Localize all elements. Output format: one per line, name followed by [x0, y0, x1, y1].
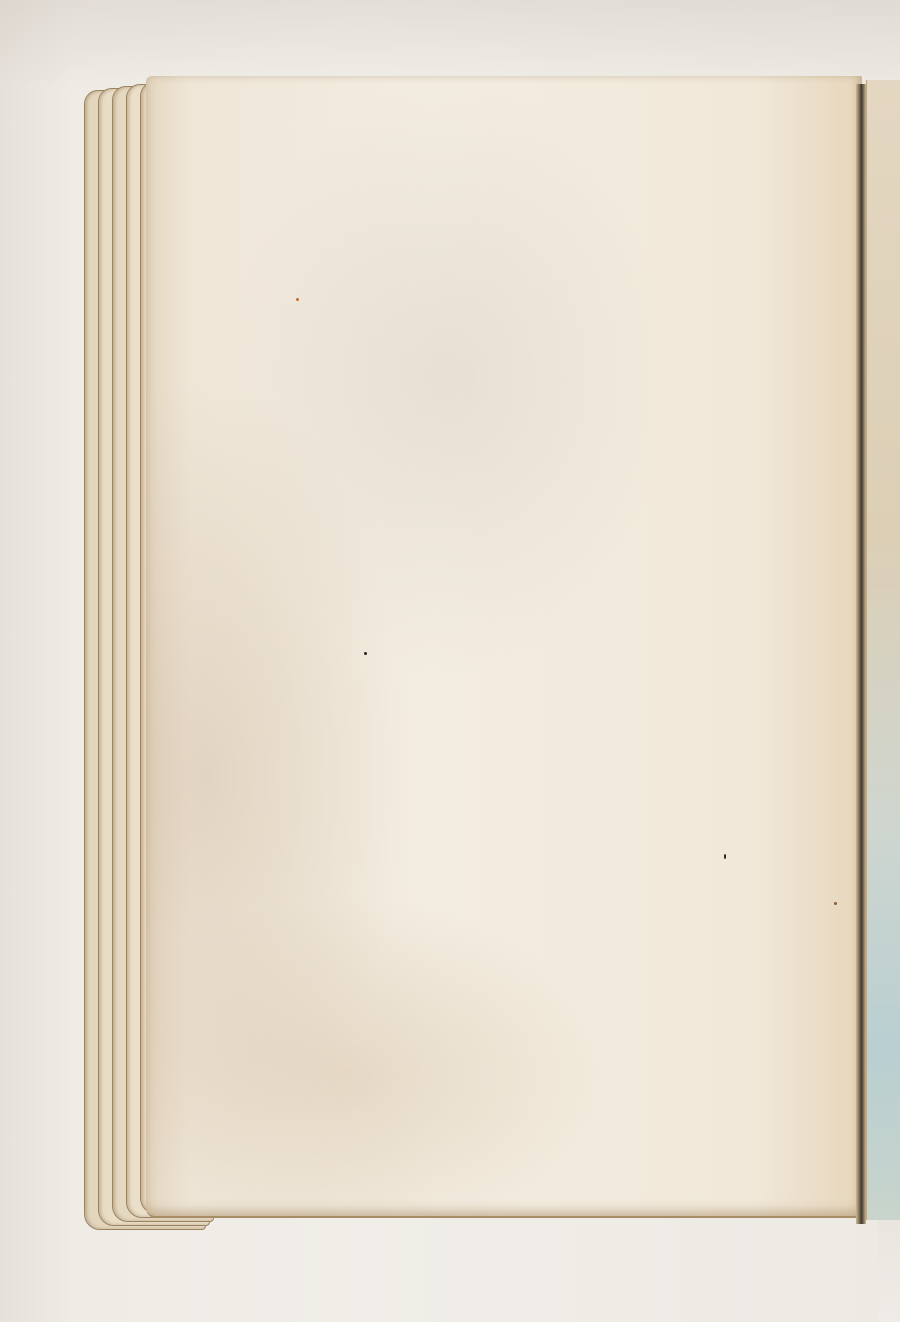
ink-speck	[364, 652, 367, 655]
facing-page-shadow	[878, 1220, 900, 1322]
facing-page-edge	[866, 80, 900, 1220]
ink-speck	[834, 902, 837, 905]
book-gutter	[856, 84, 866, 1224]
ink-speck	[724, 854, 726, 859]
ink-speck	[296, 298, 299, 301]
blank-book-page	[146, 76, 862, 1218]
